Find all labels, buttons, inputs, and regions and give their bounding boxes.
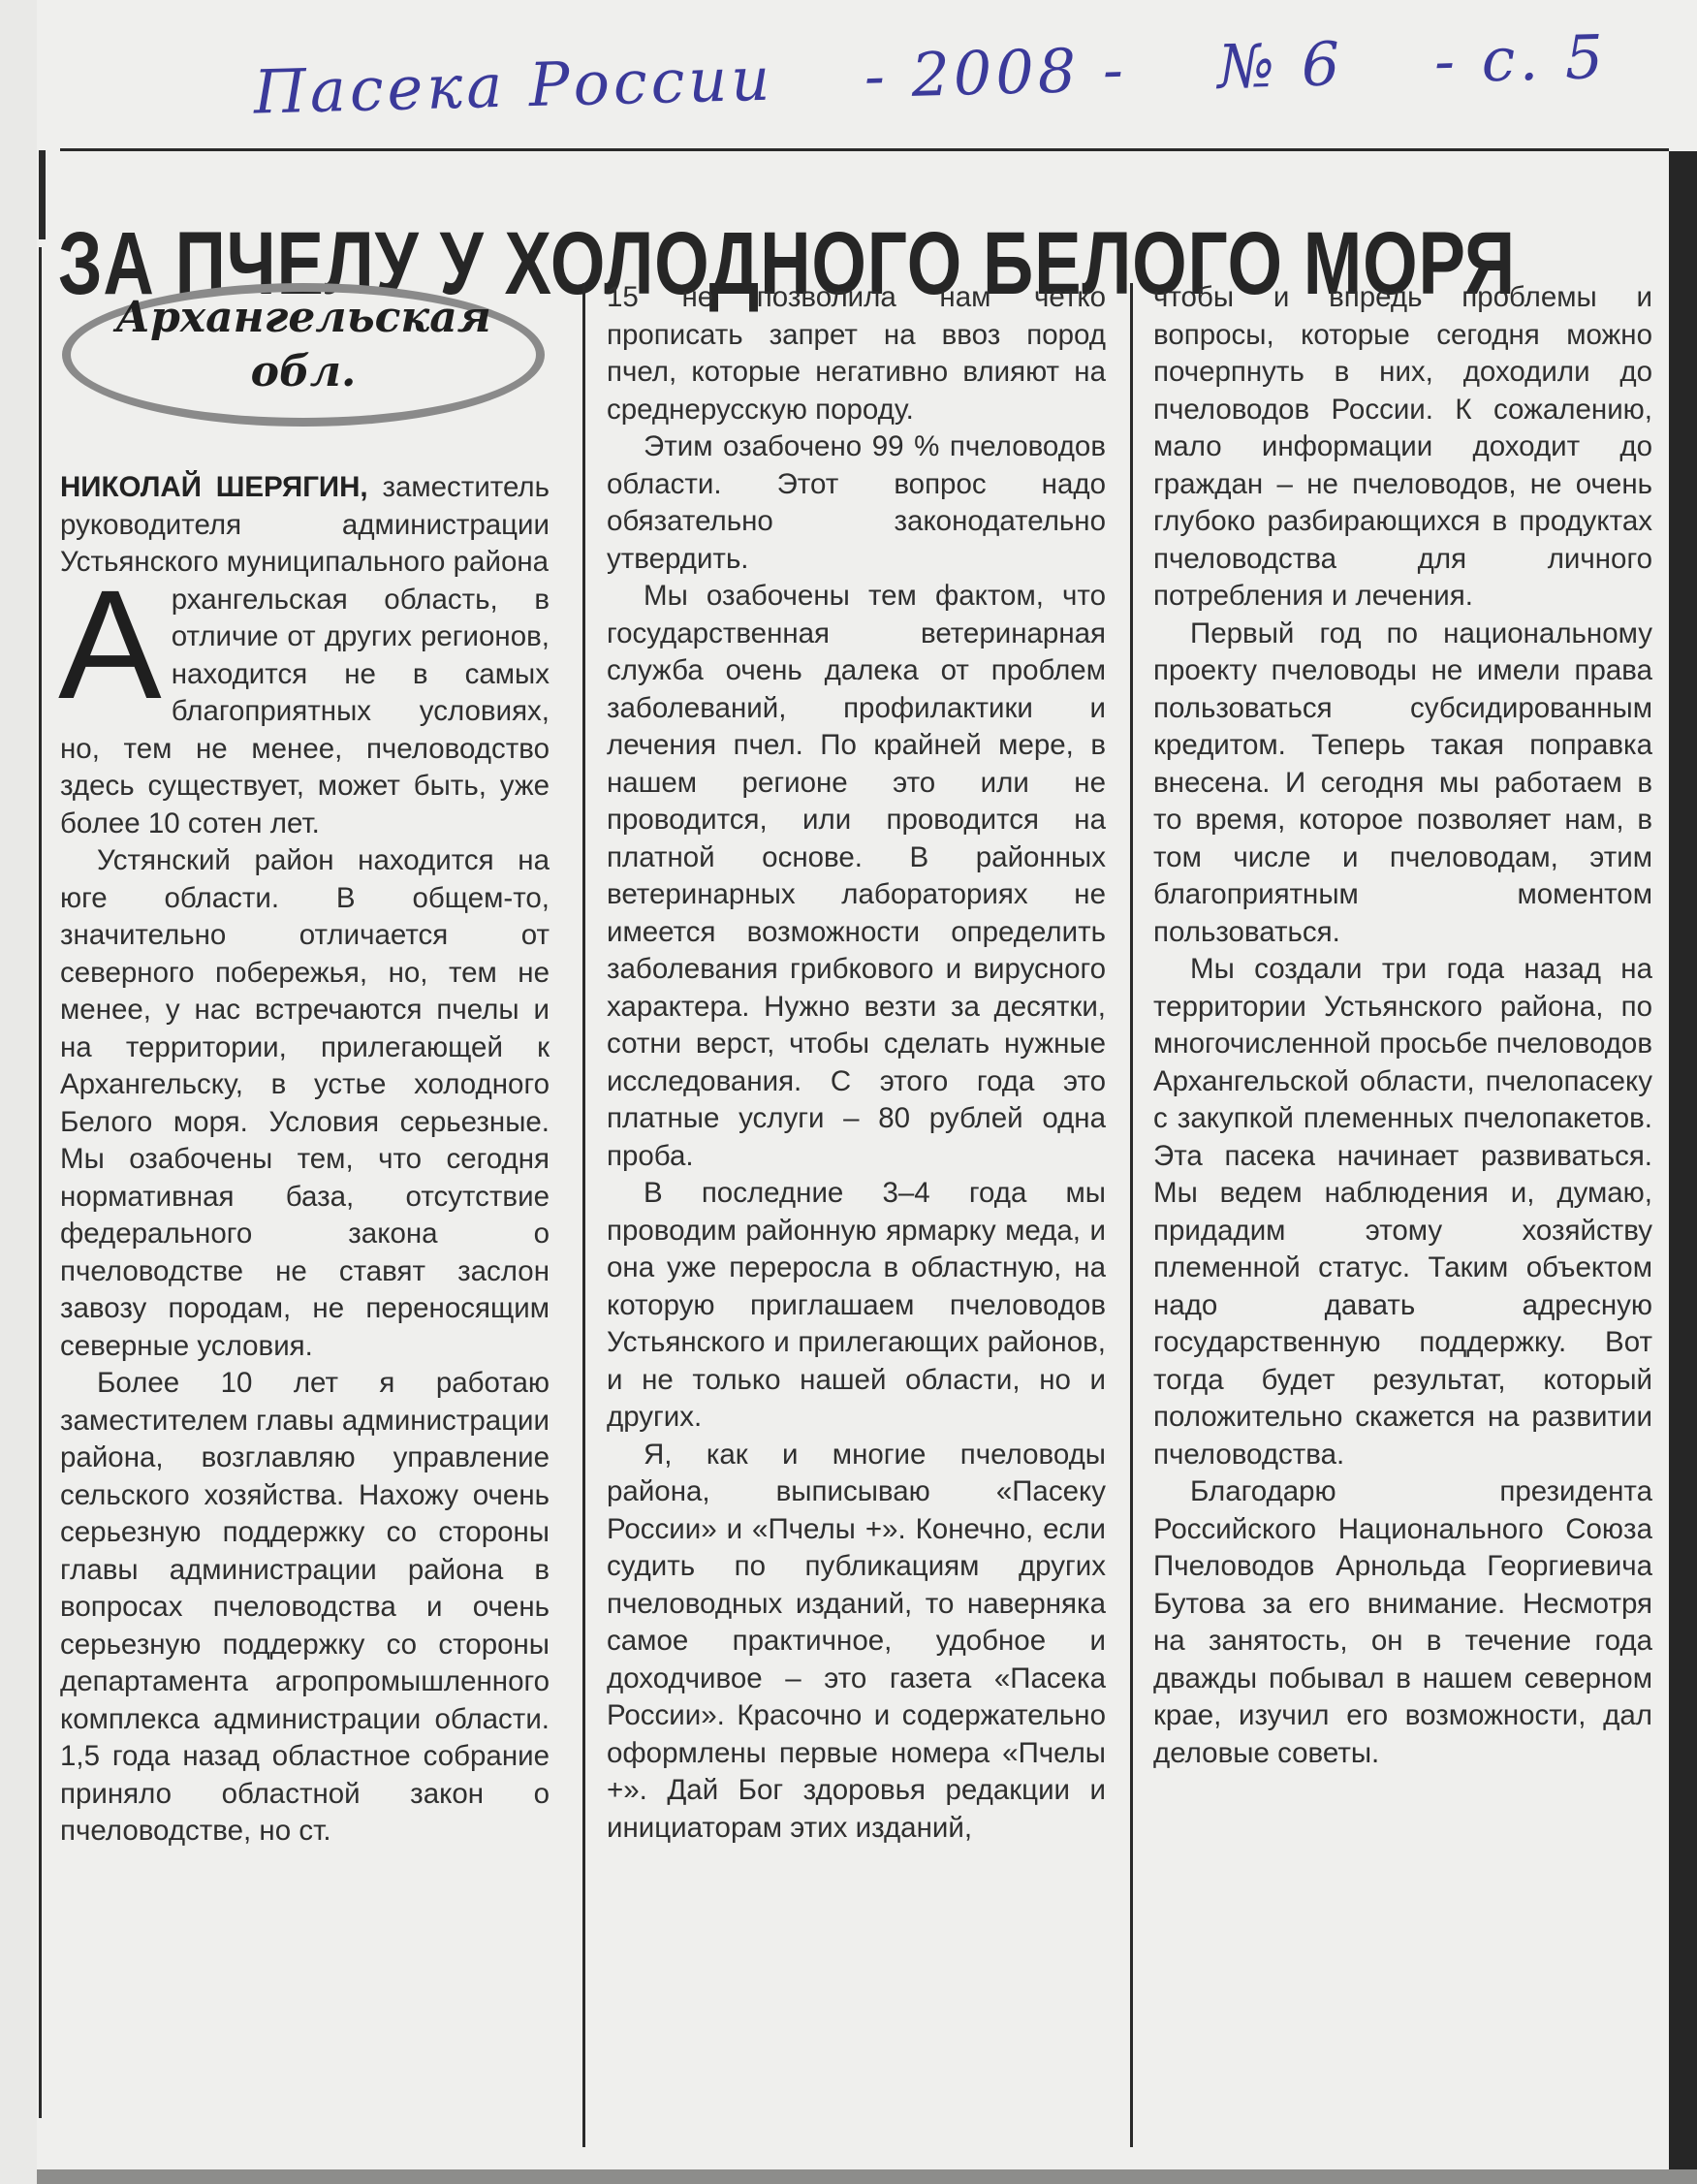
handwritten-page: - с. 5 [1433,21,1608,97]
paragraph: Мы создали три года назад на территории … [1153,951,1652,1473]
adjacent-article-dark-strip [1669,151,1697,2172]
drop-cap: А [58,587,162,702]
scan-left-margin [0,0,37,2184]
paragraph: Я, как и многие пчеловоды района, выписы… [607,1437,1106,1848]
paragraph: Мы озабочены тем фактом, что государстве… [607,578,1106,1175]
paragraph: 15 не позволила нам четко прописать запр… [607,279,1106,428]
article-column-1: НИКОЛАЙ ШЕРЯГИН, заместитель руководител… [60,469,550,1851]
paragraph: Устянский район находится на юге области… [60,842,550,1365]
headline-top-rule [60,148,1669,151]
paragraph: В последние 3–4 года мы проводим районну… [607,1175,1106,1437]
headline-left-bar [39,150,46,239]
handwritten-issue: № 6 [1217,28,1345,102]
region-badge-label: Архангельская обл. [62,291,545,399]
region-badge-line2: обл. [62,345,545,399]
paragraph: Этим озабочено 99 % пчеловодов области. … [607,428,1106,578]
region-badge-line1: Архангельская [62,291,545,345]
paragraph: чтобы и впредь проблемы и вопросы, котор… [1153,279,1652,616]
byline: НИКОЛАЙ ШЕРЯГИН, заместитель руководител… [60,469,550,582]
article-column-3: чтобы и впредь проблемы и вопросы, котор… [1153,279,1652,1772]
paragraph: Более 10 лет я работаю заместителем глав… [60,1365,550,1851]
paragraph: Первый год по национальному проекту пчел… [1153,616,1652,952]
article-column-2: 15 не позволила нам четко прописать запр… [607,279,1106,1847]
left-border-rule [39,247,42,2118]
column-divider-1 [582,283,585,2147]
author-name: НИКОЛАЙ ШЕРЯГИН, [60,471,368,503]
bottom-grey-strip [37,2169,1697,2184]
paragraph: Благодарю президента Российского Национа… [1153,1473,1652,1772]
column-divider-2 [1130,283,1133,2147]
handwritten-year: - 2008 - [864,34,1128,111]
handwritten-publication: Пасека России [253,44,774,128]
paragraph: Архангельская область, в отличие от друг… [60,582,550,843]
